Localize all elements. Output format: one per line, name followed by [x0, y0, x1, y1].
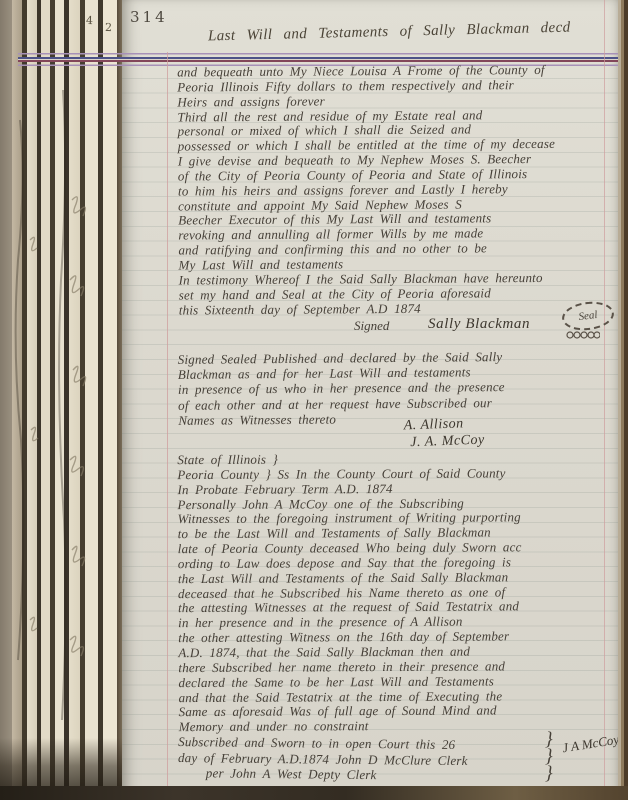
witness-signature: J. A. McCoy	[410, 432, 485, 451]
under-page-number: 2	[105, 21, 112, 34]
under-page-number: 4	[86, 14, 93, 27]
witness-signatures: A. AllisonJ. A. McCoy	[403, 416, 485, 452]
clerk-attestation: Subscribed and Sworn to in open Court th…	[178, 734, 550, 785]
signed-label: Signed	[354, 318, 389, 334]
left-margin-line	[167, 52, 168, 786]
signature-row: Signed Sally Blackman Seal	[178, 316, 610, 340]
testator-signature: Sally Blackman	[428, 316, 530, 333]
page-right-edge	[618, 0, 628, 800]
book-bottom-edge	[0, 786, 628, 800]
scanned-ledger-photo: 4 2 314 Last Will and Testaments of Sall…	[0, 0, 628, 800]
attestation-text: Signed Sealed Published and declared by …	[178, 348, 611, 428]
seal-label: Seal	[578, 309, 598, 323]
will-text: and bequeath unto My Niece Louisa A From…	[177, 62, 611, 317]
probate-text: State of Illinois }Peoria County } Ss In…	[177, 451, 610, 735]
seal-flourish	[566, 330, 600, 340]
closing-brace: } } }	[545, 731, 553, 782]
torn-paper-writing-fragments	[0, 0, 122, 800]
book-binding-edge: 4 2	[0, 0, 122, 800]
page-number: 314	[130, 8, 168, 26]
